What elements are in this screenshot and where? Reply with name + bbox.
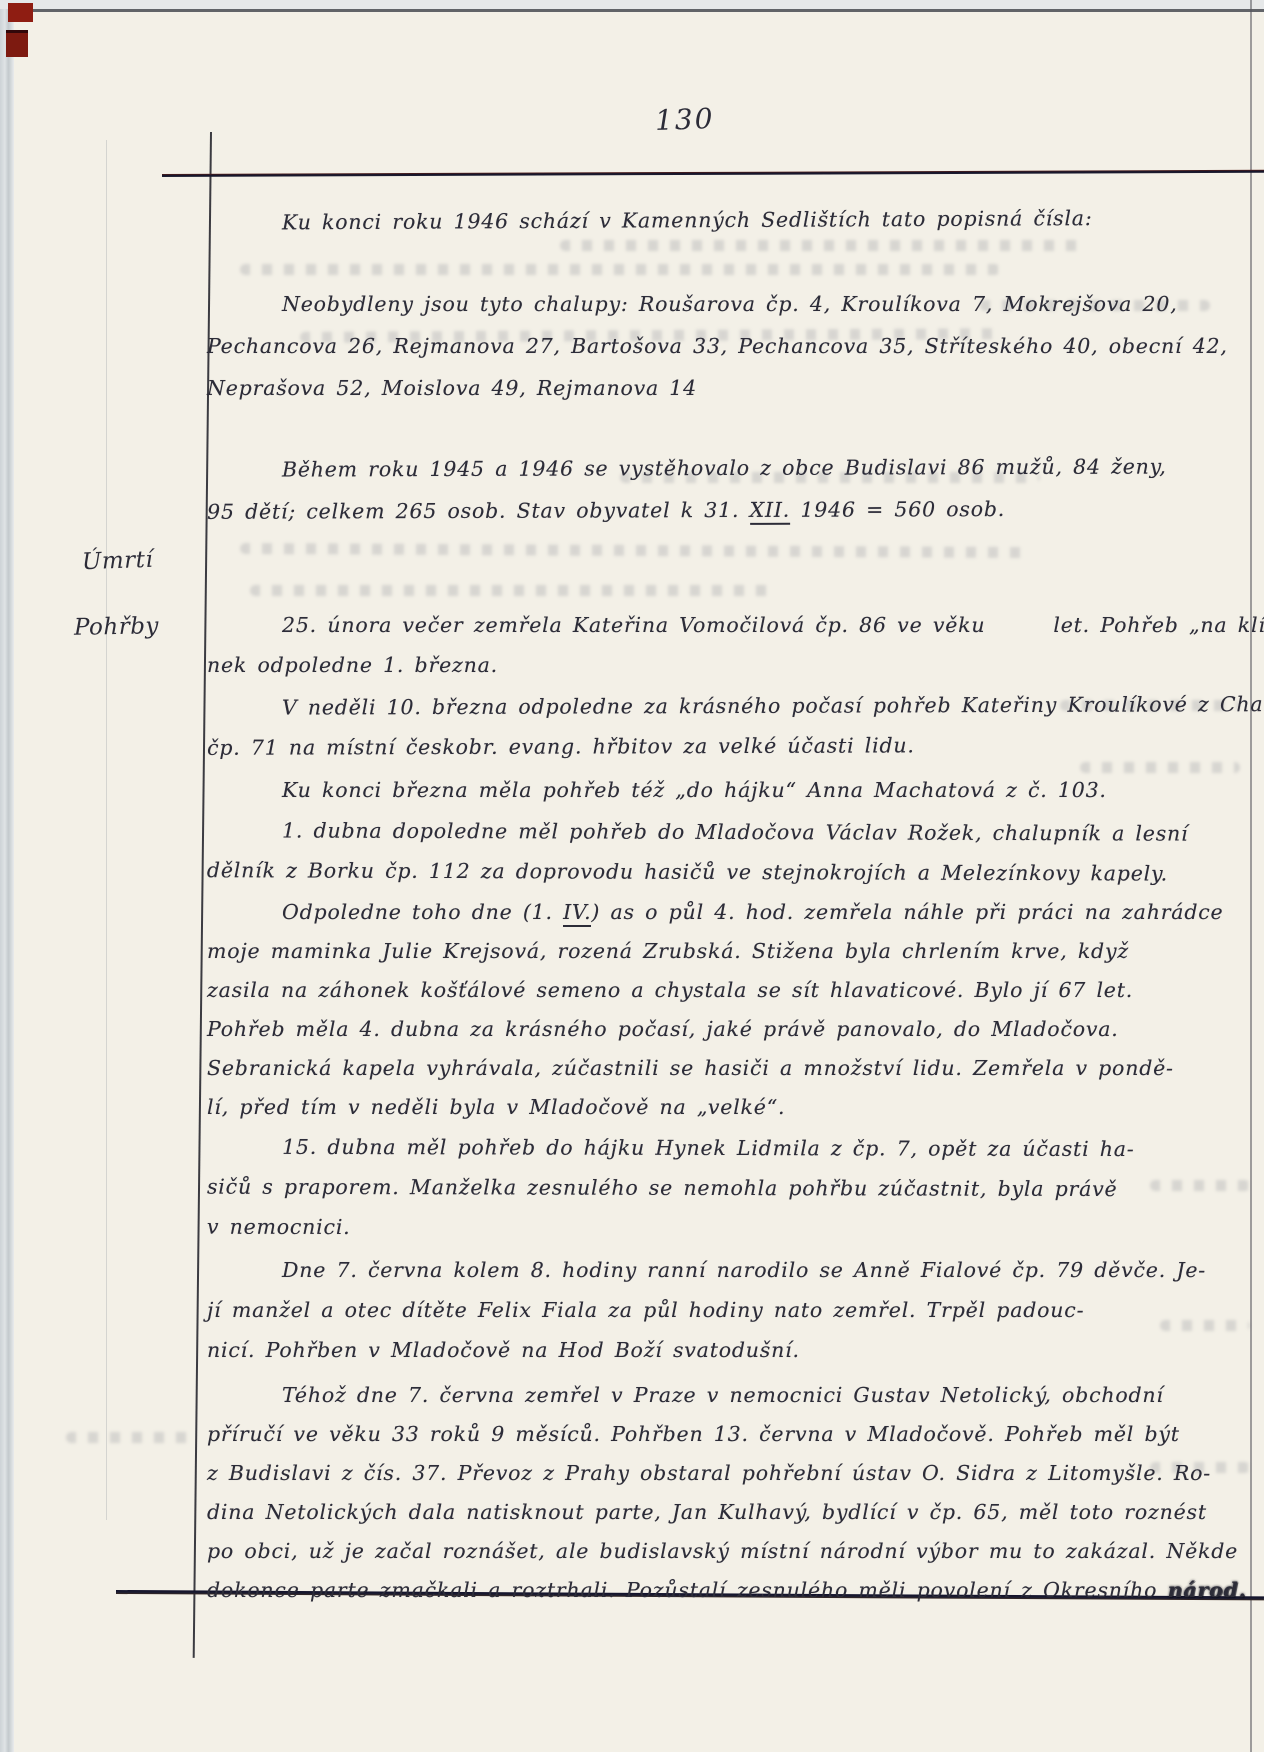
text-span: Pohřeb měla 4. dubna za krásného počasí,… [207,1017,1119,1041]
text-span: XII. [750,498,791,525]
text-span: 95 dětí; celkem 265 osob. Stav obyvatel … [207,498,750,524]
text-span: čp. 71 na místní českobr. evang. hřbitov… [207,733,915,759]
text-span: Pechancova 26, Rejmanova 27, Bartošova 3… [207,334,1228,358]
bleedthrough-artifact [66,1432,196,1443]
bleedthrough-artifact [240,543,1030,558]
text-span: dina Netolických dala natisknout parte, … [207,1500,1207,1524]
text-span: z Budislavi z čís. 37. Převoz z Prahy ob… [207,1461,1211,1485]
text-span: po obci, už je začal roznášet, ale budis… [207,1539,1238,1563]
paragraph: Odpoledne toho dne (1. IV.) as o půl 4. … [207,893,1247,1127]
text-line: Pohřeb měla 4. dubna za krásného počasí,… [207,1010,1247,1049]
text-span: Dne 7. června kolem 8. hodiny ranní naro… [282,1258,1206,1282]
text-line: 25. února večer zemřela Kateřina Vomočil… [207,605,1247,645]
text-line: 15. dubna měl pohřeb do hájku Hynek Lidm… [207,1127,1247,1170]
paragraph: Během roku 1945 a 1946 se vystěhovalo z … [207,445,1247,533]
page-number: 130 [654,102,715,137]
text-line: dina Netolických dala natisknout parte, … [207,1493,1247,1532]
paragraph: Dne 7. června kolem 8. hodiny ranní naro… [207,1250,1247,1370]
book-cover-red-mark [6,30,28,57]
text-span: let. Pohřeb „na klí- [1053,613,1264,637]
text-span: sičů s praporem. Manželka zesnulého se n… [207,1175,1118,1201]
text-line: dělník z Borku čp. 112 za doprovodu hasi… [207,850,1247,894]
bleedthrough-artifact [240,264,1000,275]
margin-label-pohrby: Pohřby [74,613,159,640]
book-cover-red-mark [8,3,33,22]
page-crease [106,140,107,1520]
text-span: nicí. Pohřben v Mladočově na Hod Boží sv… [207,1338,800,1362]
text-span: Téhož dne 7. června zemřel v Praze v nem… [282,1383,1164,1407]
text-line: dokonce parte zmačkali a roztrhali. Pozů… [207,1571,1247,1610]
paragraph: 15. dubna měl pohřeb do hájku Hynek Lidm… [207,1127,1247,1250]
text-line: V neděli 10. března odpoledne za krásnéh… [207,684,1247,728]
text-span: v nemocnici. [207,1215,351,1239]
text-line: sičů s praporem. Manželka zesnulého se n… [207,1167,1247,1210]
text-line: nicí. Pohřben v Mladočově na Hod Boží sv… [207,1330,1247,1370]
text-line: Neprašova 52, Moislova 49, Rejmanova 14 [207,367,1247,409]
page-top-edge-shadow [30,9,1264,12]
paragraph: Téhož dne 7. června zemřel v Praze v nem… [207,1376,1247,1610]
header-rule-horizontal [162,170,1264,177]
text-span: jí manžel a otec dítěte Felix Fiala za p… [207,1298,1084,1322]
scanner-edge-strip [0,0,14,1752]
text-line: nek odpoledne 1. března. [207,645,1247,685]
margin-label-umrti: Úmrtí [82,547,154,575]
text-span: národ. [1168,1578,1247,1602]
paragraph: Ku konci roku 1946 schází v Kamenných Se… [207,197,1247,242]
text-line: zasila na záhonek košťálové semeno a chy… [207,971,1247,1010]
scanner-edge-strip-top [0,0,1264,9]
text-span: 1. dubna dopoledne měl pohřeb do Mladočo… [282,818,1188,845]
text-line: jí manžel a otec dítěte Felix Fiala za p… [207,1290,1247,1330]
text-span: Sebranická kapela vyhrávala, zúčastnili … [207,1056,1174,1080]
paragraph: Ku konci března měla pohřeb též „do hájk… [207,770,1247,810]
text-span: dělník z Borku čp. 112 za doprovodu hasi… [207,858,1168,885]
text-line: příručí ve věku 33 roků 9 měsíců. Pohřbe… [207,1415,1247,1454]
text-span: Ku konci března měla pohřeb též „do hájk… [282,778,1107,802]
text-line: Během roku 1945 a 1946 se vystěhovalo z … [207,445,1247,491]
paragraph: Neobydleny jsou tyto chalupy: Roušarova … [207,283,1247,409]
text-line: Odpoledne toho dne (1. IV.) as o půl 4. … [207,893,1247,932]
text-span: lí, před tím v neděli byla v Mladočově n… [207,1095,785,1119]
text-line: Pechancova 26, Rejmanova 27, Bartošova 3… [207,325,1247,367]
text-line: 95 dětí; celkem 265 osob. Stav obyvatel … [207,487,1247,533]
text-line: Neobydleny jsou tyto chalupy: Roušarova … [207,283,1247,325]
text-span: Neprašova 52, Moislova 49, Rejmanova 14 [207,376,697,400]
text-span: Ku konci roku 1946 schází v Kamenných Se… [282,206,1093,234]
text-line: v nemocnici. [207,1207,1247,1250]
text-span: Odpoledne toho dne (1. [282,900,563,924]
paragraph: 1. dubna dopoledne měl pohřeb do Mladočo… [207,810,1247,894]
text-span: ) as o půl 4. hod. zemřela náhle při prá… [591,900,1223,924]
text-line: Dne 7. června kolem 8. hodiny ranní naro… [207,1250,1247,1290]
text-line: po obci, už je začal roznášet, ale budis… [207,1532,1247,1571]
text-span: 25. února večer zemřela Kateřina Vomočil… [282,613,985,637]
text-line: 1. dubna dopoledne měl pohřeb do Mladočo… [207,810,1247,854]
text-line: Sebranická kapela vyhrávala, zúčastnili … [207,1049,1247,1088]
text-line: Téhož dne 7. června zemřel v Praze v nem… [207,1376,1247,1415]
bleedthrough-artifact [250,585,770,596]
paragraph: V neděli 10. března odpoledne za krásnéh… [207,684,1247,768]
text-span: IV. [563,900,591,927]
text-line: z Budislavi z čís. 37. Převoz z Prahy ob… [207,1454,1247,1493]
text-line: lí, před tím v neděli byla v Mladočově n… [207,1088,1247,1127]
text-span: dokonce parte zmačkali a roztrhali. Pozů… [207,1578,1168,1602]
page-right-edge-shadow [1250,0,1252,1752]
text-span: 15. dubna měl pohřeb do hájku Hynek Lidm… [282,1135,1134,1161]
text-span: 1946 = 560 osob. [790,497,1005,522]
text-line: moje maminka Julie Krejsová, rozená Zrub… [207,932,1247,971]
text-span: Neobydleny jsou tyto chalupy: Roušarova … [282,292,1178,316]
paragraph: 25. února večer zemřela Kateřina Vomočil… [207,605,1247,685]
text-span: příručí ve věku 33 roků 9 měsíců. Pohřbe… [207,1422,1180,1446]
text-line: Ku konci roku 1946 schází v Kamenných Se… [207,197,1247,242]
text-line: Ku konci března měla pohřeb též „do hájk… [207,770,1247,810]
text-line: čp. 71 na místní českobr. evang. hřbitov… [207,724,1247,768]
bleedthrough-artifact [560,240,1080,251]
text-span: nek odpoledne 1. března. [207,653,498,677]
scanned-chronicle-page: { "page": { "number": "130" }, "margin_l… [0,0,1264,1752]
text-span: moje maminka Julie Krejsová, rozená Zrub… [207,939,1129,963]
text-span: V neděli 10. března odpoledne za krásnéh… [282,692,1264,720]
text-span: Během roku 1945 a 1946 se vystěhovalo z … [282,454,1167,481]
text-span: zasila na záhonek košťálové semeno a chy… [207,978,1133,1002]
